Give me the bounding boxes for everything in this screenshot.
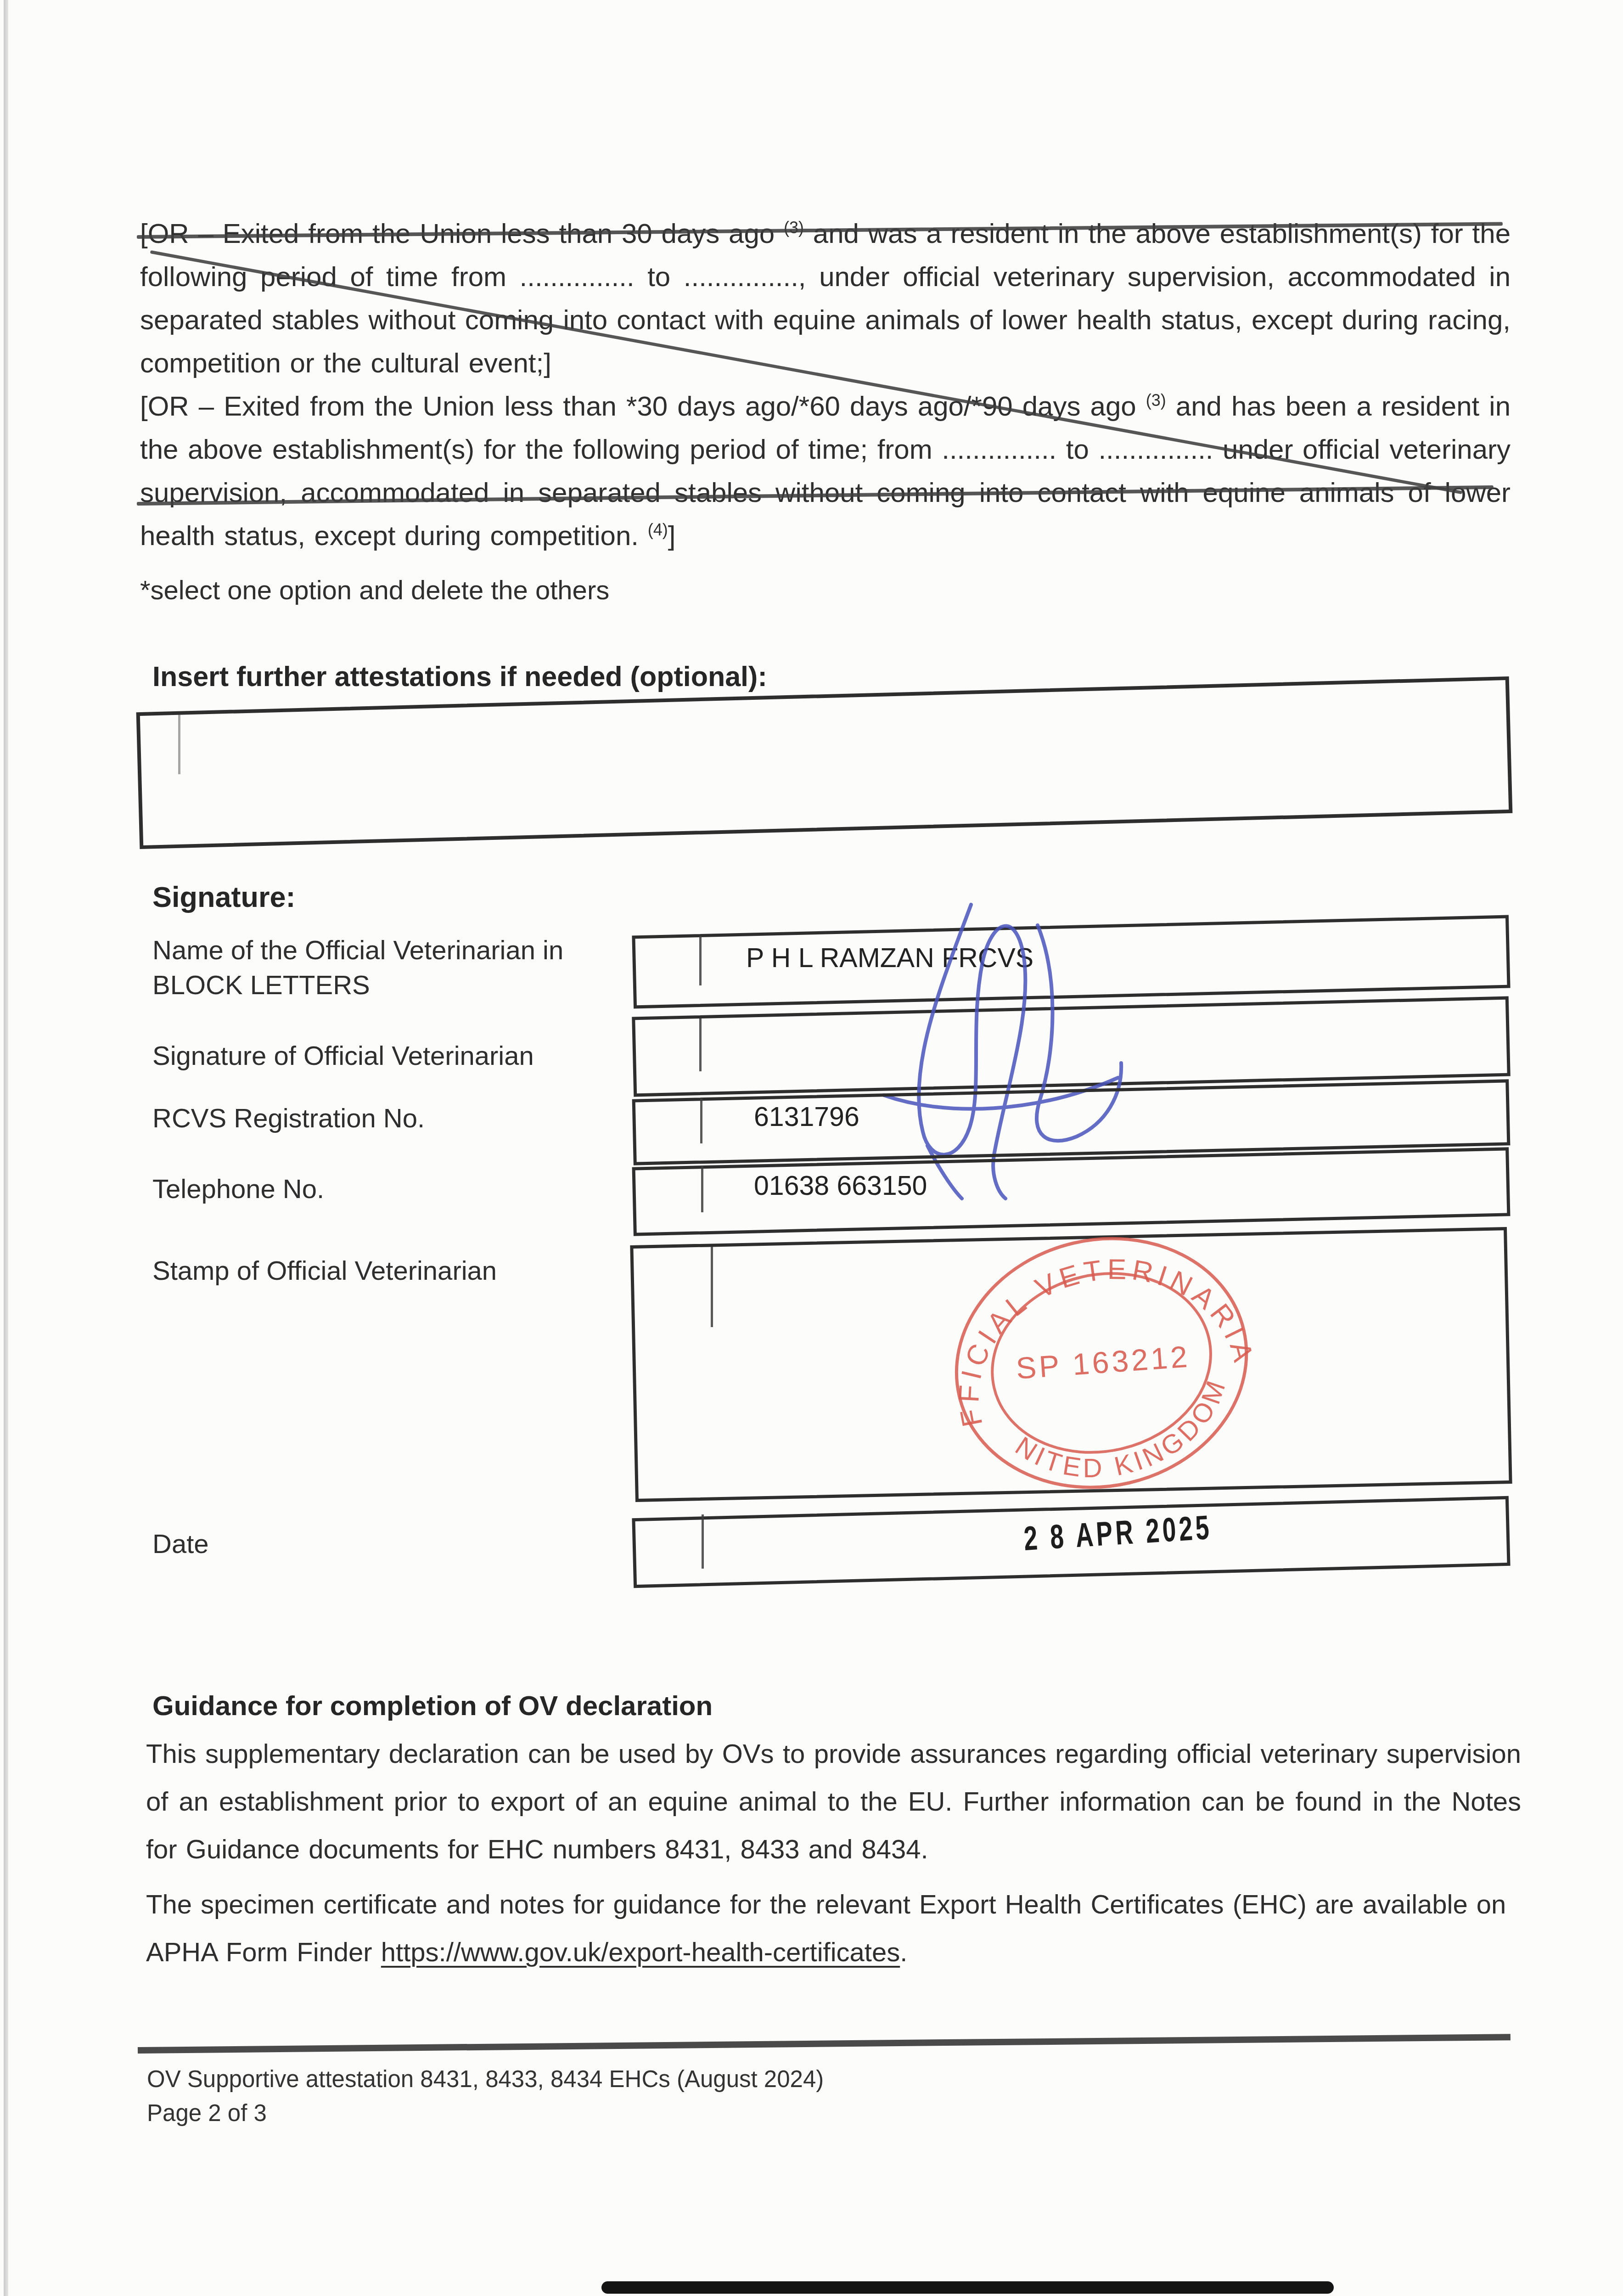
or-clause-2: [OR – Exited from the Union less than *3… (140, 385, 1511, 557)
attestations-input-box (136, 676, 1513, 849)
name-box-mark (699, 936, 702, 985)
guidance-paragraph-2: The specimen certificate and notes for g… (146, 1881, 1521, 1976)
guidance-heading: Guidance for completion of OV declaratio… (152, 1690, 713, 1722)
footer-page-number: Page 2 of 3 (147, 2099, 267, 2127)
telephone-box-mark (701, 1165, 703, 1212)
or-clause-1: [OR – Exited from the Union less than 30… (140, 212, 1511, 385)
signature-label: Signature of Official Veterinarian (152, 1039, 534, 1074)
stamp-label: Stamp of Official Veterinarian (152, 1254, 497, 1289)
rcvs-value: 6131796 (754, 1101, 859, 1132)
footnote-ref-3b: (3) (1146, 391, 1166, 410)
apha-form-finder-link: https://www.gov.uk/export-health-certifi… (381, 1937, 900, 1967)
guidance-paragraph-2-end: . (900, 1937, 907, 1967)
or-clause-2-text-end: ] (668, 520, 676, 551)
rcvs-label: RCVS Registration No. (152, 1101, 425, 1136)
signature-box-mark (699, 1019, 702, 1071)
date-box-mark (702, 1514, 704, 1569)
bottom-scrollbar[interactable] (601, 2281, 1334, 2294)
scan-edge-artifact (4, 0, 8, 2296)
footer-document-title: OV Supportive attestation 8431, 8433, 84… (147, 2065, 824, 2093)
name-label: Name of the Official Veterinarian in BLO… (152, 933, 607, 1003)
attestations-box-mark (178, 715, 180, 774)
rcvs-box-mark (700, 1098, 702, 1143)
select-option-note: *select one option and delete the others (140, 575, 609, 606)
signature-section-heading: Signature: (152, 881, 296, 914)
footnote-ref-3: (3) (784, 218, 804, 237)
stamp-box-mark (711, 1247, 713, 1327)
telephone-label: Telephone No. (152, 1172, 324, 1207)
stamp-code-text: SP 163212 (1015, 1339, 1191, 1385)
attestations-heading: Insert further attestations if needed (o… (152, 660, 767, 692)
guidance-paragraph-1: This supplementary declaration can be us… (146, 1730, 1521, 1874)
telephone-value: 01638 663150 (754, 1170, 927, 1201)
date-label: Date (152, 1527, 209, 1562)
footer-rule (138, 2034, 1511, 2054)
scanned-document-page: [OR – Exited from the Union less than 30… (0, 0, 1623, 2296)
footnote-ref-4: (4) (648, 520, 668, 539)
